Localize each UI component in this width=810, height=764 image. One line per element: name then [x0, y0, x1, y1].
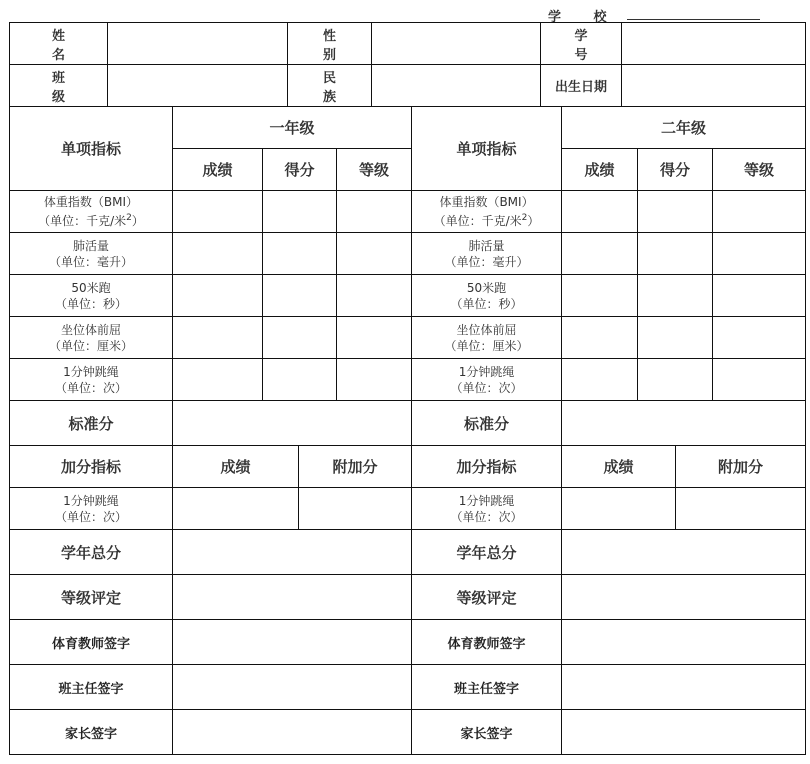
table-row: 1分钟跳绳（单位：次） 1分钟跳绳（单位：次）: [10, 359, 806, 401]
table-row: 体重指数（BMI）（单位：千克/米2） 体重指数（BMI）（单位：千克/米2）: [10, 191, 806, 233]
grade2-pe-teacher-signature[interactable]: [562, 620, 806, 665]
gender-field[interactable]: [372, 23, 541, 65]
grade2-col-performance: 成绩: [562, 149, 638, 191]
grade2-lung-performance[interactable]: [562, 233, 638, 275]
grade2-item-50m-run: 50米跑（单位：秒）: [412, 275, 562, 317]
grade2-reach-performance[interactable]: [562, 317, 638, 359]
grade2-run-level[interactable]: [713, 275, 806, 317]
grade2-parent-sign-label: 家长签字: [412, 710, 562, 755]
grade2-head-teacher-sign-label: 班主任签字: [412, 665, 562, 710]
grade1-rope-performance[interactable]: [173, 359, 263, 401]
grade2-rope-score[interactable]: [638, 359, 713, 401]
class-field[interactable]: [108, 65, 288, 107]
grade1-head-teacher-signature[interactable]: [173, 665, 412, 710]
grade2-bonus-header: 加分指标: [412, 446, 562, 488]
grade1-run-score[interactable]: [263, 275, 337, 317]
grade2-col-score: 得分: [638, 149, 713, 191]
grade1-pe-teacher-sign-label: 体育教师签字: [10, 620, 173, 665]
grade2-lung-level[interactable]: [713, 233, 806, 275]
grade1-reach-performance[interactable]: [173, 317, 263, 359]
grade2-item-rope-skip: 1分钟跳绳（单位：次）: [412, 359, 562, 401]
grade2-standard-score-label: 标准分: [412, 401, 562, 446]
grade2-run-score[interactable]: [638, 275, 713, 317]
class-label: 班 级: [10, 65, 108, 107]
grade1-run-level[interactable]: [337, 275, 412, 317]
grade2-item-sit-and-reach: 坐位体前屈（单位：厘米）: [412, 317, 562, 359]
grade2-rope-performance[interactable]: [562, 359, 638, 401]
grade1-bmi-performance[interactable]: [173, 191, 263, 233]
grade2-total-field[interactable]: [562, 530, 806, 575]
student-id-label: 学 号: [541, 23, 622, 65]
grade1-rating-label: 等级评定: [10, 575, 173, 620]
grade2-bonus-extra[interactable]: [676, 488, 806, 530]
ethnicity-field[interactable]: [372, 65, 541, 107]
grade2-title: 二年级: [562, 107, 806, 149]
grade2-rating-field[interactable]: [562, 575, 806, 620]
fitness-score-table: 单项指标 一年级 单项指标 二年级 成绩 得分 等级 成绩 得分 等级 体重指数…: [9, 106, 806, 755]
grade2-parent-signature[interactable]: [562, 710, 806, 755]
student-info-table: 姓 名 性 别 学 号 班 级 民 族 出生日期: [9, 22, 806, 107]
grade1-parent-signature[interactable]: [173, 710, 412, 755]
grade1-reach-level[interactable]: [337, 317, 412, 359]
grade1-item-50m-run: 50米跑（单位：秒）: [10, 275, 173, 317]
birthdate-label: 出生日期: [541, 65, 622, 107]
grade2-item-header: 单项指标: [412, 107, 562, 191]
table-row: 肺活量（单位：毫升） 肺活量（单位：毫升）: [10, 233, 806, 275]
grade1-bonus-extra[interactable]: [299, 488, 412, 530]
grade1-item-bmi: 体重指数（BMI）（单位：千克/米2）: [10, 191, 173, 233]
grade1-bonus-col-performance: 成绩: [173, 446, 299, 488]
grade1-rope-level[interactable]: [337, 359, 412, 401]
gender-label: 性 别: [288, 23, 372, 65]
grade2-item-bmi: 体重指数（BMI）（单位：千克/米2）: [412, 191, 562, 233]
grade2-run-performance[interactable]: [562, 275, 638, 317]
grade2-bmi-performance[interactable]: [562, 191, 638, 233]
grade1-lung-score[interactable]: [263, 233, 337, 275]
grade2-total-label: 学年总分: [412, 530, 562, 575]
grade1-col-performance: 成绩: [173, 149, 263, 191]
school-field[interactable]: [627, 19, 760, 20]
grade1-standard-score-field[interactable]: [173, 401, 412, 446]
grade2-item-lung-capacity: 肺活量（单位：毫升）: [412, 233, 562, 275]
student-id-field[interactable]: [622, 23, 806, 65]
grade1-rope-score[interactable]: [263, 359, 337, 401]
grade1-total-field[interactable]: [173, 530, 412, 575]
grade2-reach-score[interactable]: [638, 317, 713, 359]
grade1-lung-level[interactable]: [337, 233, 412, 275]
grade1-standard-score-label: 标准分: [10, 401, 173, 446]
birthdate-field[interactable]: [622, 65, 806, 107]
grade1-title: 一年级: [173, 107, 412, 149]
grade2-standard-score-field[interactable]: [562, 401, 806, 446]
grade1-bonus-header: 加分指标: [10, 446, 173, 488]
grade1-col-level: 等级: [337, 149, 412, 191]
grade2-bmi-score[interactable]: [638, 191, 713, 233]
table-row: 1分钟跳绳（单位：次） 1分钟跳绳（单位：次）: [10, 488, 806, 530]
grade1-item-rope-skip: 1分钟跳绳（单位：次）: [10, 359, 173, 401]
grade1-bonus-item-rope-skip: 1分钟跳绳（单位：次）: [10, 488, 173, 530]
grade2-col-level: 等级: [713, 149, 806, 191]
grade1-bonus-performance[interactable]: [173, 488, 299, 530]
grade2-head-teacher-signature[interactable]: [562, 665, 806, 710]
table-row: 坐位体前屈（单位：厘米） 坐位体前屈（单位：厘米）: [10, 317, 806, 359]
grade1-parent-sign-label: 家长签字: [10, 710, 173, 755]
grade1-rating-field[interactable]: [173, 575, 412, 620]
grade1-bmi-level[interactable]: [337, 191, 412, 233]
grade2-pe-teacher-sign-label: 体育教师签字: [412, 620, 562, 665]
grade1-head-teacher-sign-label: 班主任签字: [10, 665, 173, 710]
grade1-pe-teacher-signature[interactable]: [173, 620, 412, 665]
grade1-total-label: 学年总分: [10, 530, 173, 575]
grade1-bmi-score[interactable]: [263, 191, 337, 233]
grade2-bonus-performance[interactable]: [562, 488, 676, 530]
grade1-bonus-col-extra: 附加分: [299, 446, 412, 488]
grade1-item-lung-capacity: 肺活量（单位：毫升）: [10, 233, 173, 275]
grade2-bonus-col-performance: 成绩: [562, 446, 676, 488]
grade2-reach-level[interactable]: [713, 317, 806, 359]
ethnicity-label: 民 族: [288, 65, 372, 107]
grade1-lung-performance[interactable]: [173, 233, 263, 275]
grade2-rating-label: 等级评定: [412, 575, 562, 620]
grade1-reach-score[interactable]: [263, 317, 337, 359]
name-field[interactable]: [108, 23, 288, 65]
grade2-rope-level[interactable]: [713, 359, 806, 401]
grade1-item-sit-and-reach: 坐位体前屈（单位：厘米）: [10, 317, 173, 359]
grade2-bonus-col-extra: 附加分: [676, 446, 806, 488]
grade2-bmi-level[interactable]: [713, 191, 806, 233]
grade2-lung-score[interactable]: [638, 233, 713, 275]
grade1-run-performance[interactable]: [173, 275, 263, 317]
grade1-item-header: 单项指标: [10, 107, 173, 191]
table-row: 50米跑（单位：秒） 50米跑（单位：秒）: [10, 275, 806, 317]
grade2-bonus-item-rope-skip: 1分钟跳绳（单位：次）: [412, 488, 562, 530]
grade1-col-score: 得分: [263, 149, 337, 191]
name-label: 姓 名: [10, 23, 108, 65]
